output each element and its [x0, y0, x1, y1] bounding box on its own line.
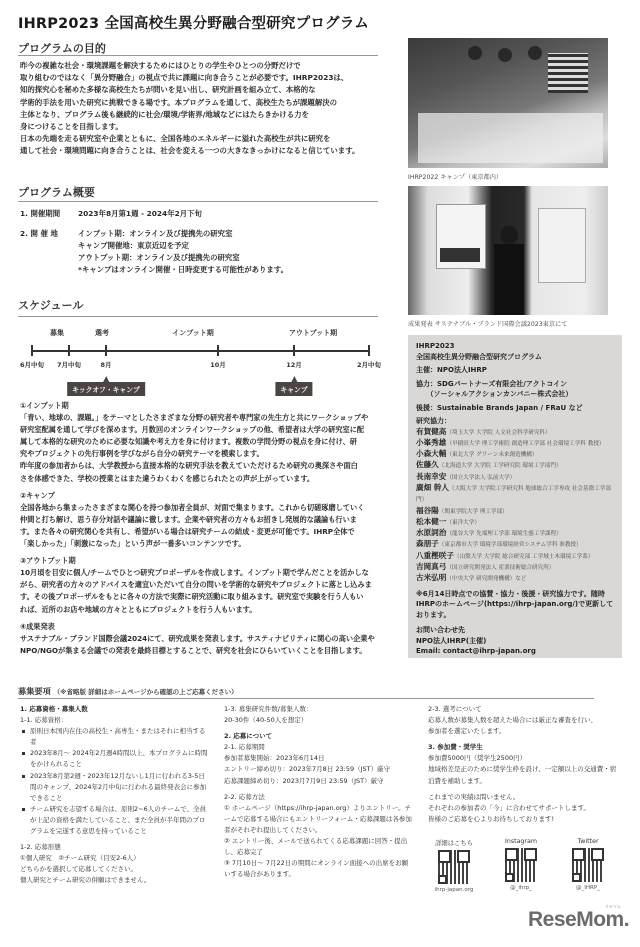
timeline-date: 8月 — [100, 360, 111, 369]
program-info-panel: IHRP2023 全国高校生異分野融合型研究プログラム 主催：NPO法人IHRP… — [408, 335, 622, 658]
update-note: ※6月14日時点での協賛・協力・後援・研究協力です。随時IHRPのホームページ(… — [416, 589, 614, 621]
timeline-event-badge: キャンプ — [275, 382, 312, 396]
selection-heading: 2-3. 選考について — [428, 704, 618, 715]
researcher-name: 小森大輔 — [416, 449, 446, 458]
venue-line: アウトプット期：オンライン及び提携先の研究室 — [78, 252, 288, 264]
timeline-tick — [368, 345, 370, 356]
researcher-affiliation: （国立研究開発法人 産業技術総合研究所） — [446, 565, 554, 571]
purpose-body: 昨今の複雑な社会・環境課題を解決するためにはひとりの学生やひとつの分野だけで 取… — [20, 60, 382, 158]
researcher-item: 長南幸安（国立大学法人 弘前大学） — [416, 472, 614, 483]
phase-line: 昨年度の参加者からは、大学教授から直接本格的な研究手法を教えていただけるため研究… — [20, 460, 382, 472]
qr-handle: @_IHRP_ — [560, 885, 616, 891]
venue-label: 2. 開 催 地 — [20, 228, 78, 276]
eligibility-list: 原則日本国内在住の高校生・高専生・またはそれに相当する者 2023年8月～ 20… — [20, 726, 210, 837]
qr-label: Instagram — [493, 838, 549, 845]
closing-line: それぞれの参加者の「今」に合わせてサポートします。 — [428, 803, 618, 814]
recruitment-note: （※省略版 詳細はホームページから確認の上ご応募ください） — [54, 688, 238, 696]
phase-line: す。また各々の研究関心を共有し、希望がいる場合は研究チームの結成・変更が可能です… — [20, 526, 382, 538]
researcher-item: 小峯秀雄（早稲田大学 理工学術院 創造理工学部 社会環境工学科 教授） — [416, 438, 614, 449]
phase-line: 全国各地から集まったさまざまな関心を持つ参加者全員が、対面で集まります。これから… — [20, 502, 382, 514]
camp-photo — [408, 38, 608, 168]
venue-line: *キャンプはオンライン開催・日時変更する可能性があります。 — [78, 264, 288, 276]
phase-line: 研究室配属を通して学びを深めます。月数回のオンラインワークショップの他、希望者は… — [20, 424, 382, 436]
method-line: ② エントリー後、メールで送られてくる応募課題に回答・提出し、応募完了 — [224, 836, 414, 858]
researcher-item: 水原詞治（龍谷大学 先端理工学部 環境生態工学課程） — [416, 528, 614, 539]
support: 後援：Sustainable Brands Japan / FRaU など — [416, 403, 614, 414]
phase-line: 属して本格的な研究のために必要な知識や考え方を身に付けます。複数の学問分野の視点… — [20, 436, 382, 448]
phase-line: 仲間と打ち解け、思う存分対話や議論に徹します。企業や研究者の方々もお招きし発展的… — [20, 514, 382, 526]
qr-twitter[interactable]: Twitter @_IHRP_ — [560, 838, 616, 893]
purpose-divider — [18, 55, 378, 56]
researcher-affiliation: （山梨大学 大学院 総合研究部 工学域土木環境工学系） — [454, 554, 594, 560]
overview-heading: プログラム概要 — [18, 184, 95, 200]
researcher-affiliation: （北海道大学 大学院 工学研究院 環境工学部門） — [439, 463, 562, 469]
timeline-tick — [293, 345, 295, 356]
selection-line: 応募人数が募集人数を超えた場合には厳正な審査を行い、 — [428, 715, 618, 726]
camp-photo-caption: IHRP2022 キャンプ（東京都内） — [408, 172, 502, 181]
researcher-item: 有賀健高（埼玉大学 大学院 人文社会科学研究科） — [416, 427, 614, 438]
phase-line: サステナブル・ブランド国際会議2024にて、研究成果を発表します。サスティナビリ… — [20, 633, 382, 645]
phase-output-heading: ③アウトプット期 — [20, 555, 382, 567]
period-value: 2023年8月第1週 - 2024年2月下旬 — [78, 208, 202, 220]
research-heading: 研究協力： — [416, 416, 614, 427]
venue-value: インプット期：オンライン及び提携先の研究室 キャンプ開催地：東京近辺を予定 アウ… — [78, 228, 288, 276]
phase-presentation-heading: ④成果発表 — [20, 621, 382, 633]
researcher-name: 長南幸安 — [416, 472, 446, 481]
researcher-name: 八重樫咲子 — [416, 551, 454, 560]
timeline-phase: 選考 — [95, 328, 109, 338]
purpose-line: 日本の先端を走る研究室や企業とともに、全国各地のエネルギーに溢れた高校生が共に研… — [20, 133, 382, 145]
purpose-heading: プログラムの目的 — [18, 40, 106, 56]
recruitment-col-1: 1. 応募資格・募集人数 1-1. 応募資格： 原則日本国内在住の高校生・高専生… — [20, 704, 210, 887]
contact-heading: お問い合わせ先 — [416, 625, 614, 636]
cooperation-line: 協力：SDGパートナーズ有限会社/アクトコイン — [416, 379, 614, 390]
recruitment-title: 募集要項 — [18, 686, 51, 696]
fee-line: 地域格差是正のために奨学生枠を設け、一定額以上の交通費・宿泊費を補助します。 — [428, 764, 618, 786]
timeline-phase: 募集 — [50, 328, 64, 338]
researcher-affiliation: （埼玉大学 大学院 人文社会科学研究科） — [446, 430, 550, 436]
schedule-timeline: 6月中旬7月中旬8月10月12月2月中旬募集選考インプット期アウトプット期キック… — [18, 322, 378, 392]
researcher-item: 廣畑 幹人（大阪大学 大学院工学研究科 地球総合工学専攻 社会基盤工学部門） — [416, 483, 614, 506]
contact-org: NPO法人IHRP(主催) — [416, 636, 614, 647]
form-line: 個人研究とチーム研究の併願はできません。 — [20, 875, 210, 886]
timeline-date: 6月中旬 — [20, 360, 44, 369]
eligibility-heading: 1. 応募資格・募集人数 — [20, 704, 210, 715]
researcher-name: 有賀健高 — [416, 427, 446, 436]
purpose-line: 主体となり、プログラム後も継続的に社会/環境/学術界/地域などにはたらきかける力… — [20, 109, 382, 121]
researcher-item: 松本健一（東洋大学） — [416, 517, 614, 528]
timeline-date: 12月 — [286, 360, 302, 369]
qr-code-icon — [438, 850, 470, 884]
period-heading: 2-1. 応募期間 — [224, 742, 414, 753]
closing-line: 皆様のご応募を心よりお待ちしております! — [428, 814, 618, 825]
application-heading: 2. 応募について — [224, 731, 414, 742]
contact-email[interactable]: Email: contact@ihrp-japan.org — [416, 646, 614, 657]
overview-period: 1. 開催期間 2023年8月第1週 - 2024年2月下旬 — [20, 208, 202, 220]
cooperation-line: （ソーシャルアクションカンパニー株式会社） — [416, 389, 614, 400]
qr-handle: ihrp-japan.org — [426, 887, 482, 893]
overview-divider — [18, 201, 378, 202]
researcher-name: 廣畑 幹人 — [416, 483, 449, 492]
timeline-event-badge: キックオフ・キャンプ — [67, 382, 145, 396]
organizer: 主催：NPO法人IHRP — [416, 365, 614, 376]
timeline-tick — [31, 345, 33, 356]
timeline-axis — [31, 350, 368, 352]
schedule-divider — [18, 316, 378, 317]
period-line: 参加者募集開始：2023年6月14日 — [224, 753, 414, 764]
phase-line: がら、研究者の方々のアドバイスを適宜いただいて自分の問いを学術的な研究やプロジェ… — [20, 579, 382, 591]
venue-line: インプット期：オンライン及び提携先の研究室 — [78, 228, 288, 240]
cooperation: 協力：SDGパートナーズ有限会社/アクトコイン （ソーシャルアクションカンパニー… — [416, 379, 614, 400]
recruitment-heading: 募集要項 （※省略版 詳細はホームページから確認の上ご応募ください） — [18, 686, 238, 697]
fee-value: 参加費5000円（奨学生2500円） — [428, 753, 618, 764]
timeline-tick — [217, 345, 219, 356]
researcher-affiliation: （東京都市大学 環境学部環境経営システム学科 准教授） — [439, 542, 582, 548]
researcher-affiliation: （国立大学法人 弘前大学） — [446, 475, 515, 481]
qr-handle: @_ihrp_ — [493, 885, 549, 891]
researcher-name: 小峯秀雄 — [416, 438, 446, 447]
form-heading: 1-2. 応募形態 — [20, 842, 210, 853]
fee-heading: 3. 参加費・奨学生 — [428, 742, 618, 753]
researcher-item: 佐藤久（北海道大学 大学院 工学研究院 環境工学部門） — [416, 460, 614, 471]
document-title: IHRP2023 全国高校生異分野融合型研究プログラム — [18, 12, 369, 33]
method-line: ③ 7月10日～ 7月22日の期間にオンライン面接への出席をお願いする場合があり… — [224, 858, 414, 880]
researcher-name: 水原詞治 — [416, 528, 446, 537]
qr-codes: 詳細はこちら ihrp-japan.org Instagram @_ihrp_ … — [426, 838, 616, 893]
count-heading: 1-3. 募集研究件数/募集人数： — [224, 704, 414, 715]
researcher-name: 吉岡真弓 — [416, 562, 446, 571]
qr-code-icon — [572, 848, 604, 882]
purpose-line: 知的探究心を秘めた多様な高校生たちが問いを見い出し、研究計画を組み立て、本格的な — [20, 84, 382, 96]
timeline-date: 7月中旬 — [57, 360, 81, 369]
phase-input-heading: ①インプット期 — [20, 400, 382, 412]
period-line: 応募課題締め切り：2023月7月9日 23:59（JST）厳守 — [224, 776, 414, 787]
purpose-line: 取り組むのではなく「異分野融合」の視点で共に課題に向き合うことが必要です。IHR… — [20, 72, 382, 84]
qr-website[interactable]: 詳細はこちら ihrp-japan.org — [426, 838, 482, 893]
method-heading: 2-2. 応募方法 — [224, 792, 414, 803]
phase-line: 「楽しかった」「刺激になった」という声が一番多いコンテンツです。 — [20, 538, 382, 550]
researcher-affiliation: （早稲田大学 理工学術院 創造理工学部 社会環境工学科 教授） — [446, 441, 604, 447]
researcher-item: 八重樫咲子（山梨大学 大学院 総合研究部 工学域土木環境工学系） — [416, 551, 614, 562]
recruitment-divider — [18, 698, 594, 699]
phase-descriptions: ①インプット期 「青い、地球の、課題。」をテーマとしたさまざまな分野の研究者や専… — [20, 400, 382, 657]
eligibility-subheading: 1-1. 応募資格： — [20, 715, 210, 726]
researcher-affiliation: （関東学院大学 理工学部） — [439, 509, 508, 515]
timeline-tick — [105, 345, 107, 356]
program-name-line: IHRP2023 — [416, 341, 614, 352]
form-line: どちらかを選択して応募してください。 — [20, 864, 210, 875]
overview-venue: 2. 開 催 地 インプット期：オンライン及び提携先の研究室 キャンプ開催地：東… — [20, 228, 288, 276]
researcher-name: 古米弘明 — [416, 573, 446, 582]
selection-line: 参加者を選定いたします。 — [428, 726, 618, 737]
researcher-item: 福谷陽（関東学院大学 理工学部） — [416, 506, 614, 517]
qr-instagram[interactable]: Instagram @_ihrp_ — [493, 838, 549, 893]
phase-line: NPO/NGOが集まる会議での発表を最終目標とすることで、研究を社会にひらいてい… — [20, 645, 382, 657]
timeline-phase: インプット期 — [172, 328, 214, 338]
phase-line: さを体感できた、学校の授業とはまた違うわくわくを感じられたとの声が上がっています… — [20, 473, 382, 485]
researcher-list: 有賀健高（埼玉大学 大学院 人文社会科学研究科）小峯秀雄（早稲田大学 理工学術院… — [416, 427, 614, 585]
researcher-affiliation: （龍谷大学 先端理工学部 環境生態工学課程） — [446, 531, 561, 537]
form-line: ①個人研究 ②チーム研究（目安2-6人） — [20, 853, 210, 864]
researcher-item: 古米弘明（中央大学 研究開発機構）など — [416, 573, 614, 584]
qr-code-icon — [505, 848, 537, 882]
program-name-line: 全国高校生異分野融合型研究プログラム — [416, 352, 614, 363]
researcher-name: 福谷陽 — [416, 506, 439, 515]
researcher-name: 松本健一 — [416, 517, 446, 526]
period-line: エントリー締め切り：2023年7月8日 23:59（JST）厳守 — [224, 764, 414, 775]
phase-line: 究やプロジェクトの先行事例を学びながら自分の研究テーマを模索します。 — [20, 448, 382, 460]
researcher-item: 小森大輔（東北大学 グリーン未来創造機構） — [416, 449, 614, 460]
researcher-affiliation: （東北大学 グリーン未来創造機構） — [446, 452, 537, 458]
phase-camp-heading: ②キャンプ — [20, 490, 382, 502]
phase-line: れば、近所のお店や地域の方々とともにプロジェクトを行う人もいます。 — [20, 604, 382, 616]
list-item: 原則日本国内在住の高校生・高専生・またはそれに相当する者 — [20, 726, 210, 748]
qr-label: Twitter — [560, 838, 616, 845]
timeline-date: 10月 — [210, 360, 226, 369]
schedule-heading: スケジュール — [18, 297, 83, 313]
purpose-line: 身につけることを目指します。 — [20, 121, 382, 133]
recruitment-col-3: 2-3. 選考について 応募人数が募集人数を超えた場合には厳正な審査を行い、 参… — [428, 704, 618, 825]
program-name: IHRP2023 全国高校生異分野融合型研究プログラム — [416, 341, 614, 362]
count-value: 20-30件（40-50人を想定） — [224, 715, 414, 726]
venue-line: キャンプ開催地：東京近辺を予定 — [78, 240, 288, 252]
timeline-phase: アウトプット期 — [289, 328, 337, 338]
closing-line: これまでの実績は問いません。 — [428, 792, 618, 803]
resemom-logo: ReseMom. — [528, 908, 629, 932]
phase-line: す。その後プロポーザルをもとに各々の方法で実際に研究活動に取り組みます。研究室で… — [20, 591, 382, 603]
phase-line: 10月頃を目安に個人/チームでひとつ研究プロポーザルを作成します。インプット期で… — [20, 567, 382, 579]
purpose-line: 通して社会・環境問題に向き合うことは、社会を変える一つの大きなきっかけになると信… — [20, 145, 382, 157]
presentation-photo — [408, 186, 608, 315]
list-item: 2023年8月第2週・2023年12月ないし1月に行われる3-5日間のキャンプ、… — [20, 771, 210, 804]
purpose-line: 昨今の複雑な社会・環境課題を解決するためにはひとりの学生やひとつの分野だけで — [20, 60, 382, 72]
presentation-photo-caption: 成果発表 サステナブル・ブランド国際会議2023東京にて — [408, 319, 567, 328]
list-item: 2023年8月～ 2024年2月週4時間以上、本プログラムに時間をかけられること — [20, 748, 210, 770]
resemom-logo-sub: リセマム — [605, 904, 621, 910]
researcher-affiliation: （中央大学 研究開発機構）など — [446, 576, 526, 582]
period-label: 1. 開催期間 — [20, 208, 78, 220]
researcher-item: 吉岡真弓（国立研究開発法人 産業技術総合研究所） — [416, 562, 614, 573]
contact-block: お問い合わせ先 NPO法人IHRP(主催) Email: contact@ihr… — [416, 625, 614, 657]
timeline-tick — [68, 345, 70, 356]
researcher-affiliation: （東洋大学） — [446, 520, 480, 526]
researcher-name: 佐藤久 — [416, 460, 439, 469]
timeline-date: 2月中旬 — [357, 360, 381, 369]
list-item: チーム研究を志望する場合は、原則2~6人のチームで、全員が上記の資格を満たしてい… — [20, 804, 210, 837]
recruitment-col-2: 1-3. 募集研究件数/募集人数： 20-30件（40-50人を想定） 2. 応… — [224, 704, 414, 880]
researcher-item: 森朋子（東京都市大学 環境学部環境経営システム学科 准教授） — [416, 539, 614, 550]
purpose-line: 学術的手法を用いた研究に挑戦できる場です。本プログラムを通して、高校生たちが課題… — [20, 97, 382, 109]
researcher-name: 森朋子 — [416, 539, 439, 548]
phase-line: 「青い、地球の、課題。」をテーマとしたさまざまな分野の研究者や専門家の先生方と共… — [20, 412, 382, 424]
method-line: ① ホームページ（https://ihrp-japan.org）よりエントリー。… — [224, 803, 414, 836]
qr-label: 詳細はこちら — [426, 838, 482, 847]
